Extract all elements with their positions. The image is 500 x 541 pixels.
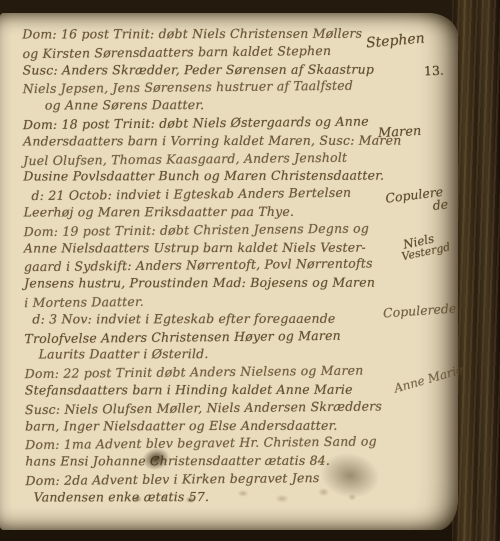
entry-line: Dom: 2da Advent blev i Kirken begravet J… [25,468,433,490]
entry-line: d: 3 Nov: indviet i Egteskab efter foreg… [24,309,432,328]
register-entries: Dom: 16 post Trinit: døbt Niels Christen… [22,24,433,507]
manuscript-page: Dom: 16 post Trinit: døbt Niels Christen… [0,13,458,530]
manuscript-photo: Dom: 16 post Trinit: døbt Niels Christen… [0,0,500,541]
margin-note-copulerede-1: Copulere de [385,184,449,217]
entry-line: Stefansdaatters barn i Hinding kaldet An… [25,380,433,399]
book-page-stack-edge [452,0,500,541]
entry-line: Dom: 18 post Trinit: døbt Niels Østergaa… [23,112,431,134]
entry-line: i Mortens Daatter. [24,290,432,312]
margin-note-maren: Maren [378,124,422,141]
folio-number: 13. [424,63,444,79]
entry-line: Susc: Niels Olufsen Møller, Niels Anders… [25,397,433,419]
entry-line: Dom: 19 post Trinit: døbt Christen Jense… [24,219,432,241]
margin-note-text: de [432,197,449,212]
entry-line: Leerhøj og Maren Eriksdaatter paa Thye. [24,202,432,221]
entry-line: Andersdaatters barn i Vorring kaldet Mar… [23,131,431,150]
entry-line: Vandensen enke ætatis 57. [26,487,434,506]
